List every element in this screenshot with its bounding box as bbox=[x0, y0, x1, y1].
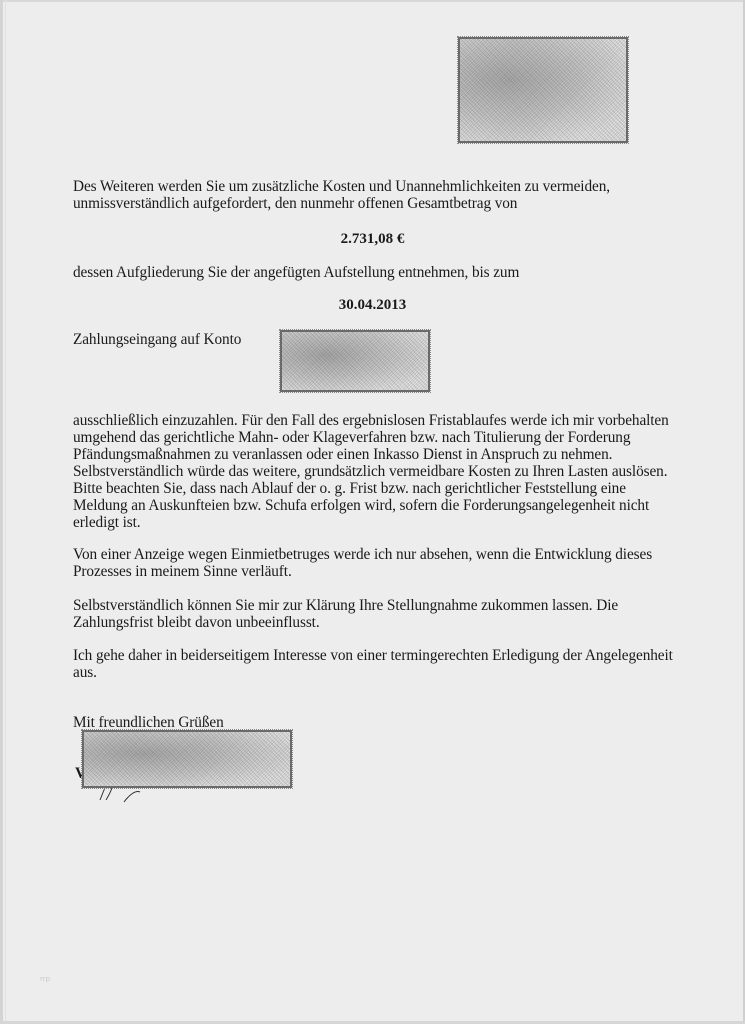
paragraph-statement: Selbstverständlich können Sie mir zur Kl… bbox=[73, 597, 673, 631]
paragraph-expectation: Ich gehe daher in beiderseitigem Interes… bbox=[73, 647, 673, 681]
page-edge-left bbox=[0, 0, 3, 1024]
total-amount: 2.731,08 € bbox=[0, 231, 745, 248]
paragraph-payment-request: Des Weiteren werden Sie um zusätzliche K… bbox=[73, 178, 673, 212]
paragraph-legal-consequences: ausschließlich einzuzahlen. Für den Fall… bbox=[73, 412, 673, 531]
redacted-signature bbox=[82, 730, 292, 788]
footer-watermark: rrp bbox=[40, 975, 50, 983]
closing-greeting: Mit freundlichen Grüßen bbox=[73, 714, 673, 731]
paragraph-fraud-notice: Von einer Anzeige wegen Einmietbetruges … bbox=[73, 546, 673, 580]
paragraph-breakdown: dessen Aufgliederung Sie der angefügten … bbox=[73, 264, 673, 281]
redacted-address-block bbox=[458, 37, 628, 143]
redacted-account-number bbox=[280, 330, 430, 392]
due-date: 30.04.2013 bbox=[0, 297, 745, 314]
page-edge-top bbox=[0, 0, 745, 2]
payment-account-label: Zahlungseingang auf Konto bbox=[73, 331, 273, 348]
page-edge-left-inner bbox=[5, 0, 6, 1024]
